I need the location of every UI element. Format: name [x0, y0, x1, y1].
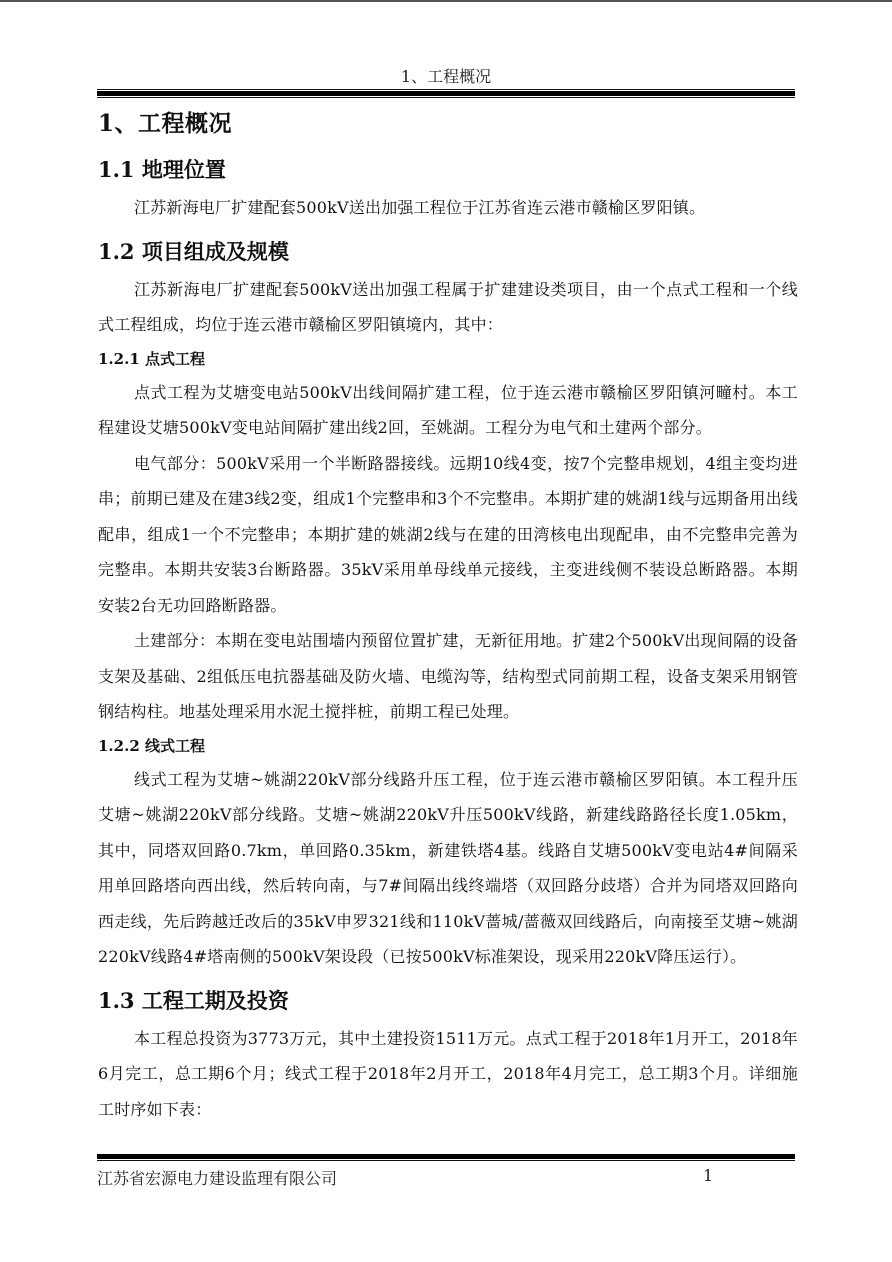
subsection-title-1-2-2: 1.2.2 线式工程 — [98, 730, 798, 762]
section-title-1-1: 1.1 地理位置 — [98, 150, 798, 190]
paragraph: 本工程总投资为3773万元，其中土建投资1511万元。点式工程于2018年1月开… — [98, 1021, 798, 1128]
paragraph: 点式工程为艾塘变电站500kV出线间隔扩建工程，位于连云港市赣榆区罗阳镇河疃村。… — [98, 375, 798, 446]
chapter-title: 1、工程概况 — [98, 104, 798, 144]
paragraph: 电气部分：500kV采用一个半断路器接线。远期10线4变，按7个完整串规划，4组… — [98, 446, 798, 624]
paragraph: 线式工程为艾塘~姚湖220kV部分线路升压工程，位于连云港市赣榆区罗阳镇。本工程… — [98, 762, 798, 975]
section-title-1-3: 1.3 工程工期及投资 — [98, 981, 798, 1021]
paragraph: 江苏新海电厂扩建配套500kV送出加强工程位于江苏省连云港市赣榆区罗阳镇。 — [98, 190, 798, 226]
section-title-1-2: 1.2 项目组成及规模 — [98, 232, 798, 272]
running-header: 1、工程概况 — [97, 64, 795, 87]
footer-company: 江苏省宏源电力建设监理有限公司 — [97, 1166, 337, 1189]
header-rule — [97, 89, 795, 99]
document-body: 1、工程概况 1.1 地理位置 江苏新海电厂扩建配套500kV送出加强工程位于江… — [98, 104, 798, 1127]
paragraph: 江苏新海电厂扩建配套500kV送出加强工程属于扩建建设类项目，由一个点式工程和一… — [98, 272, 798, 343]
page-top-border — [0, 0, 892, 2]
paragraph: 土建部分：本期在变电站围墙内预留位置扩建，无新征用地。扩建2个500kV出现间隔… — [98, 623, 798, 730]
footer-rule — [97, 1154, 795, 1163]
page-number: 1 — [703, 1166, 713, 1185]
subsection-title-1-2-1: 1.2.1 点式工程 — [98, 343, 798, 375]
